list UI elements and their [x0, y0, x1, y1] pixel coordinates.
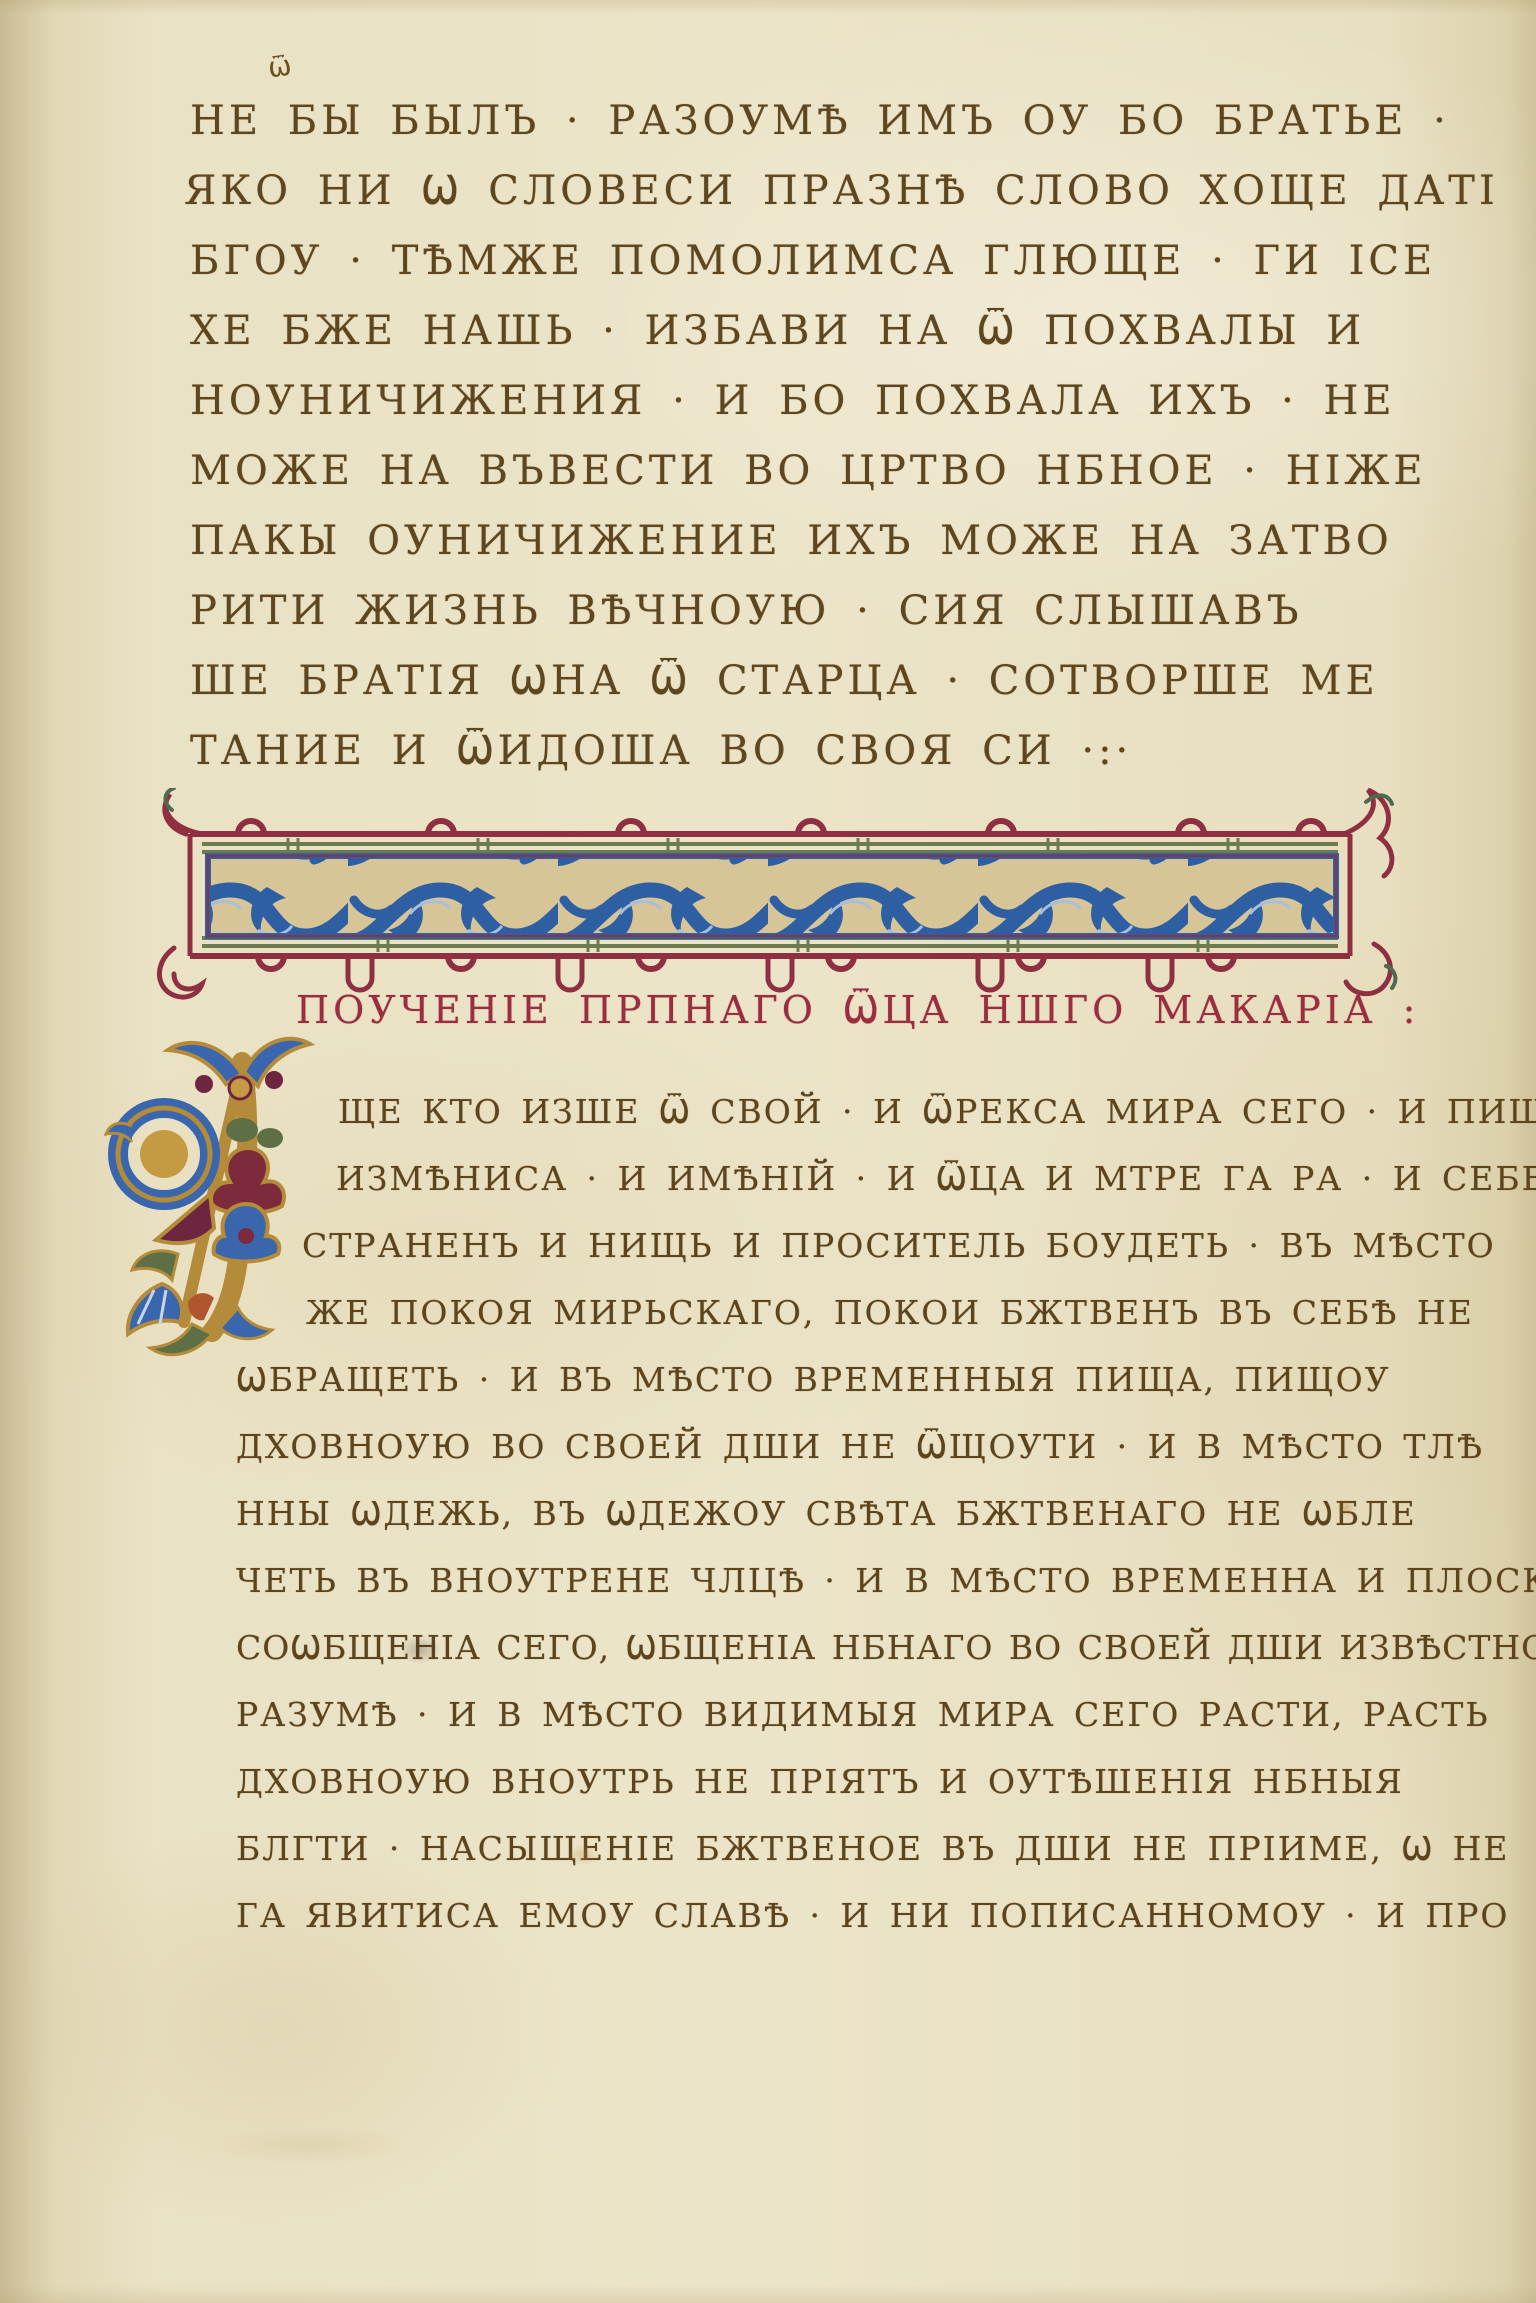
text-line: ДХОВНОУЮ ВНОУТРЬ НЕ ПРІЯТЪ И ОУТѢШЕНІЯ Н… [190, 1748, 1450, 1815]
rubric-title: ПОУЧЕНІЕ ПРПНАГО ѾЦА НШГО МАКАРІА : [296, 988, 1419, 1032]
text-line: СОѠБЩЕНІА СЕГО, ѠБЩЕНІА НБНАГО ВО СВОЕЙ … [190, 1614, 1450, 1681]
text-line: ЧЕТЬ ВЪ ВНОУТРЕНЕ ЧЛЦѢ · И В МѢСТО ВРЕМЕ… [190, 1547, 1450, 1614]
parchment-stain [180, 2120, 440, 2170]
text-line: МОЖЕ НА ВЪВЕСТИ ВО ЦРТВО НБНОЕ · НІЖЕ [190, 436, 1410, 506]
text-line: ННЫ ѠДЕЖЬ, ВЪ ѠДЕЖОУ СВѢТА БЖТВЕНАГО НЕ … [190, 1480, 1450, 1547]
text-line: РАЗУМѢ · И В МѢСТО ВИДИМЫЯ МИРА СЕГО РАС… [190, 1681, 1450, 1748]
text-line: ЖЕ ПОКОЯ МИРЬСКАГО, ПОКОИ БЖТВЕНЪ ВЪ СЕБ… [190, 1279, 1450, 1346]
text-line: НОУНИЧИЖЕНИЯ · И БО ПОХВАЛА ИХЪ · НЕ [190, 366, 1410, 436]
text-line: БГОУ · ТѢМЖЕ ПОМОЛИМСА ГЛЮЩЕ · ГИ ІСЕ [190, 226, 1410, 296]
upper-text-block: НЕ БЫ БЫЛЪ · РАЗОУМѢ ИМЪ ОУ БО БРАТЬЕ · … [190, 86, 1410, 786]
text-line: ЩЕ КТО ИЗШЕ Ѿ СВОЙ · И ѾРЕКСА МИРА СЕГО … [190, 1078, 1450, 1145]
text-line: ДХОВНОУЮ ВО СВОЕЙ ДШИ НЕ ѾЩОУТИ · И В МѢ… [190, 1413, 1450, 1480]
headpiece-svg [138, 788, 1408, 1013]
text-line: ѠБРАЩЕТЬ · И ВЪ МѢСТО ВРЕМЕННЫЯ ПИЩА, ПИ… [190, 1346, 1450, 1413]
text-line: ГА ЯВИТИСА ЕМОУ СЛАВѢ · И НИ ПОПИСАННОМО… [190, 1882, 1450, 1949]
text-line: РИТИ ЖИЗНЬ ВѢЧНОУЮ · СИЯ СЛЫШАВЪ [190, 576, 1410, 646]
text-line: ИЗМѢНИСА · И ИМѢНІЙ · И ѾЦА И МТРЕ ГА РА… [190, 1145, 1450, 1212]
headpiece-ornament [138, 788, 1408, 1013]
text-line: НЕ БЫ БЫЛЪ · РАЗОУМѢ ИМЪ ОУ БО БРАТЬЕ · [190, 86, 1410, 156]
text-line: ЯКО НИ Ѡ СЛОВЕСИ ПРАЗНѢ СЛОВО ХОЩЕ ДАТІ [184, 156, 1410, 226]
text-line: ХЕ БЖЕ НАШЬ · ИЗБАВИ НА Ѿ ПОХВАЛЫ И [190, 296, 1410, 366]
text-line: ШЕ БРАТІЯ ѠНА Ѿ СТАРЦА · СОТВОРШЕ МЕ [190, 646, 1410, 716]
text-line: БЛГТИ · НАСЫЩЕНІЕ БЖТВЕНОЕ ВЪ ДШИ НЕ ПРІ… [190, 1815, 1450, 1882]
text-line: ПАКЫ ОУНИЧИЖЕНИЕ ИХЪ МОЖЕ НА ЗАТВО [190, 506, 1410, 576]
vine-band [208, 856, 1336, 936]
text-line: ТАНИЕ И ѾИДОША ВО СВОЯ СИ ·:· [190, 716, 1410, 786]
text-line: СТРАНЕНЪ И НИЩЬ И ПРОСИТЕЛЬ БОУДЕТЬ · ВЪ… [190, 1212, 1450, 1279]
manuscript-page: { "document": { "kind": "slavonic-manusc… [0, 0, 1536, 2303]
lower-text-block: ЩЕ КТО ИЗШЕ Ѿ СВОЙ · И ѾРЕКСА МИРА СЕГО … [190, 1078, 1450, 1949]
superscript-abbreviation-mark: ѿ [266, 49, 294, 85]
